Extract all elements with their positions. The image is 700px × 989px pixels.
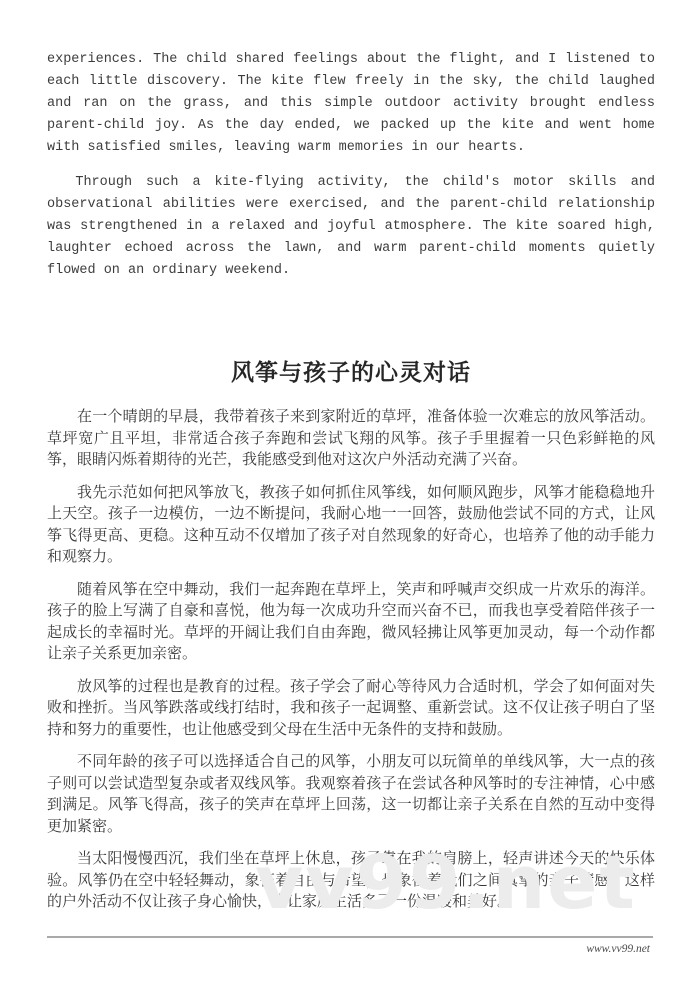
site-watermark: vv99.net	[255, 840, 637, 926]
english-paragraph-1: experiences. The child shared feelings a…	[47, 49, 655, 159]
footer-site-link[interactable]: www.vv99.net	[586, 943, 650, 955]
english-text-section: experiences. The child shared feelings a…	[47, 0, 655, 282]
chinese-paragraph-2: 我先示范如何把风筝放飞，教孩子如何抓住风筝线，如何顺风跑步，风筝才能稳稳地升上天…	[47, 483, 655, 569]
chinese-paragraph-1: 在一个晴朗的早晨，我带着孩子来到家附近的草坪，准备体验一次难忘的放风筝活动。草坪…	[47, 407, 655, 472]
english-paragraph-2: Through such a kite-flying activity, the…	[47, 172, 655, 282]
chinese-text-section: 在一个晴朗的早晨，我带着孩子来到家附近的草坪，准备体验一次难忘的放风筝活动。草坪…	[47, 407, 655, 914]
chinese-paragraph-5: 不同年龄的孩子可以选择适合自己的风筝，小朋友可以玩简单的单线风筝，大一点的孩子则…	[47, 752, 655, 838]
chinese-paragraph-3: 随着风筝在空中舞动，我们一起奔跑在草坪上，笑声和呼喊声交织成一片欢乐的海洋。孩子…	[47, 580, 655, 666]
essay-title: 风筝与孩子的心灵对话	[47, 354, 655, 387]
footer-divider	[47, 936, 653, 938]
page-content: experiences. The child shared feelings a…	[47, 0, 655, 925]
document-page: experiences. The child shared feelings a…	[0, 0, 700, 989]
chinese-paragraph-4: 放风筝的过程也是教育的过程。孩子学会了耐心等待风力合适时机，学会了如何面对失败和…	[47, 677, 655, 742]
